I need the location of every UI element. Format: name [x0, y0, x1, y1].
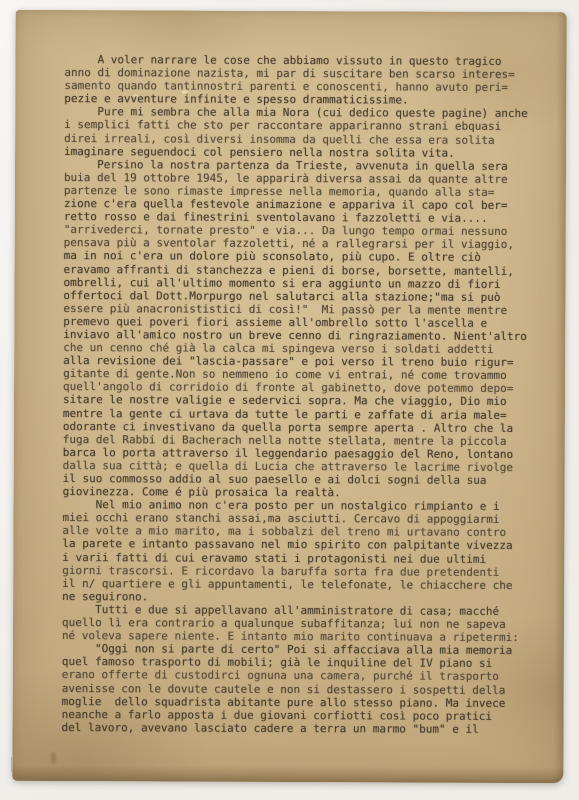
typed-line: il suo commosso addio al suo paesello e … — [63, 472, 527, 487]
typed-line: alle volte a mio marito, ma i sobbalzi d… — [62, 524, 526, 539]
typewritten-text: A voler narrare le cose che abbiamo viss… — [62, 53, 529, 736]
typed-line: sitare le nostre valigie e sedervici sop… — [63, 393, 527, 408]
typed-line: partenze le sono rimaste impresse nella … — [64, 184, 528, 199]
typed-line: fuga del Rabbi di Bacherach nella notte … — [63, 433, 527, 448]
typed-line: eravamo affranti di stanchezza e pieni d… — [64, 263, 528, 278]
document-page: A voler narrare le cose che abbiamo viss… — [12, 10, 566, 783]
scan-background: A voler narrare le cose che abbiamo viss… — [0, 0, 579, 800]
paragraph: A voler narrare le cose che abbiamo viss… — [64, 53, 528, 107]
paragraph: Persino la nostra partenza da Trieste, a… — [63, 158, 528, 500]
typed-line: del lavoro, avevano lasciato cadere a te… — [62, 721, 526, 736]
typed-line: il n/ quartiere e gli appuntamenti, le t… — [62, 577, 526, 592]
paragraph: Nel mio animo non c'era posto per un nos… — [62, 498, 526, 605]
paragraph: Tutti e due si appellavano all'amministr… — [62, 603, 526, 736]
typed-line: né voleva sapere niente. E intanto mio m… — [62, 629, 526, 644]
typed-line: samento quando tantinnostri parenti e co… — [64, 79, 528, 94]
typed-line: neanche a farlo apposta i due giovani co… — [62, 708, 526, 723]
typed-line: quell'angolo di corridoio di fronte al g… — [63, 380, 527, 395]
typed-line: direi irreali, così diversi insomma da q… — [64, 132, 528, 147]
typed-line: pensava più a sventolar fazzoletti, né a… — [64, 236, 528, 251]
ink-smudge — [50, 752, 56, 764]
typed-line: che un cenno ché già la calca mi spingev… — [63, 341, 527, 356]
paragraph: Pure mi sembra che alla mia Nora (cui de… — [64, 105, 528, 159]
typed-line: avenisse con le dovute cautele e non si … — [62, 682, 526, 697]
typed-line: premevo quei poveri fiori assieme all'om… — [63, 315, 527, 330]
